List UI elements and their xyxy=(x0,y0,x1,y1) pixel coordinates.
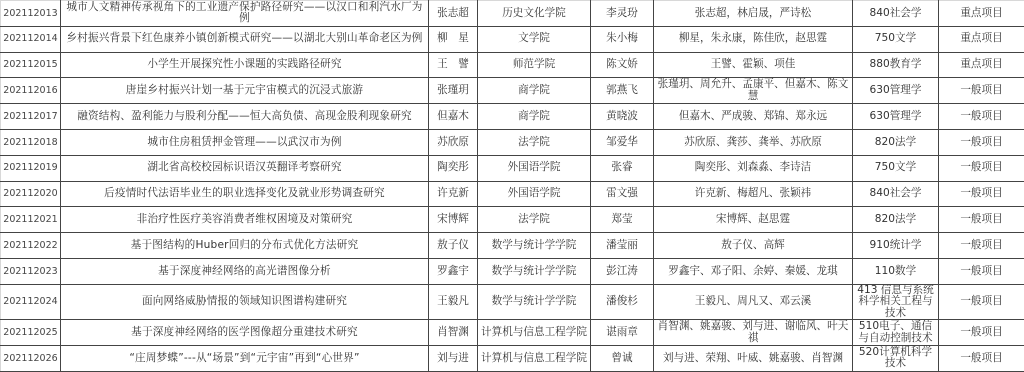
project-type-cell: 一般项目 xyxy=(939,181,1024,207)
project-id-cell: 202112015 xyxy=(1,52,61,78)
table-row: 202112023基于深度神经网络的高光谱图像分析罗鑫宇数学与统计学学院彭江涛罗… xyxy=(1,258,1024,284)
table-row: 202112020后疫情时代法语毕业生的职业选择变化及就业形势调查研究许克新外国… xyxy=(1,181,1024,207)
table-row: 202112024面向网络威胁情报的领域知识图谱构建研究王毅凡数学与统计学学院潘… xyxy=(1,284,1024,320)
members-cell: 刘与进、荣翔、叶威、姚嘉骏、肖智渊 xyxy=(654,346,853,362)
project-id-cell: 202112019 xyxy=(1,155,61,181)
project-type-cell: 一般项目 xyxy=(939,284,1024,320)
advisor-cell: 张睿 xyxy=(591,155,654,181)
college-cell: 历史文化学院 xyxy=(478,1,591,27)
project-title-cell: 城市人文精神传承视角下的工业遗产保护路径研究——以汉口和利汽水厂为例 xyxy=(61,1,429,27)
project-title-cell: 湖北省高校校园标识语汉英翻译考察研究 xyxy=(61,155,429,181)
college-cell: 商学院 xyxy=(478,78,591,104)
project-title-cell: 非治疗性医疗美容消费者维权困境及对策研究 xyxy=(61,207,429,233)
table-row: 202112017融资结构、盈利能力与股利分配——恒大高负债、高现金股利现象研究… xyxy=(1,104,1024,130)
project-id-cell: 202112025 xyxy=(1,320,61,346)
members-cell: 王譬、霍颖、项佳 xyxy=(654,52,853,78)
project-leader-cell: 敖子仪 xyxy=(429,233,478,259)
members-cell: 敖子仪、高辉 xyxy=(654,233,853,259)
members-cell: 陶奕彤、刘森淼、李诗洁 xyxy=(654,155,853,181)
discipline-cell: 110数学 xyxy=(853,258,939,284)
project-title-cell: “庄周梦蝶”---从“场景”到“元宇宙”再到“心世界” xyxy=(61,346,429,362)
advisor-cell: 潘莹丽 xyxy=(591,233,654,259)
advisor-cell: 谌雨章 xyxy=(591,320,654,346)
table-row: 202112015小学生开展探究性小课题的实践路径研究王 譬师范学院陈文娇王譬、… xyxy=(1,52,1024,78)
project-id-cell: 202112014 xyxy=(1,26,61,52)
discipline-cell: 413 信息与系统科学相关工程与技术 xyxy=(853,284,939,320)
advisor-cell: 朱小梅 xyxy=(591,26,654,52)
project-leader-cell: 肖智渊 xyxy=(429,320,478,346)
advisor-cell: 彭江涛 xyxy=(591,258,654,284)
members-cell: 柳星，朱永康，陈佳欣，赵思霆 xyxy=(654,26,853,52)
project-id-cell: 202112017 xyxy=(1,104,61,130)
project-leader-cell: 但嘉木 xyxy=(429,104,478,130)
project-leader-cell: 张志超 xyxy=(429,1,478,27)
advisor-cell: 李灵玢 xyxy=(591,1,654,27)
project-leader-cell: 罗鑫宇 xyxy=(429,258,478,284)
project-type-cell: 一般项目 xyxy=(939,78,1024,104)
discipline-cell: 820法学 xyxy=(853,129,939,155)
project-type-cell: 重点项目 xyxy=(939,1,1024,27)
table-row: 202112014乡村振兴背景下红色康养小镇创新模式研究——以湖北大别山革命老区… xyxy=(1,26,1024,52)
college-cell: 数学与统计学学院 xyxy=(478,258,591,284)
discipline-cell: 510电子、通信与自动控制技术 xyxy=(853,320,939,346)
discipline-cell: 880教育学 xyxy=(853,52,939,78)
discipline-cell: 630管理学 xyxy=(853,78,939,104)
college-cell: 计算机与信息工程学院 xyxy=(478,320,591,346)
college-cell: 数学与统计学学院 xyxy=(478,284,591,320)
members-cell: 肖智渊、姚嘉骏、刘与进、谢临风、叶天祺 xyxy=(654,320,853,346)
members-cell: 罗鑫宇、邓子阳、余婷、秦媛、龙琪 xyxy=(654,258,853,284)
table-row: 202112016唐崖乡村振兴计划一基于元宇宙模式的沉浸式旅游张瑾玥商学院郭燕飞… xyxy=(1,78,1024,104)
project-id-cell: 202112026 xyxy=(1,346,61,362)
project-title-cell: 乡村振兴背景下红色康养小镇创新模式研究——以湖北大别山革命老区为例 xyxy=(61,26,429,52)
advisor-cell: 黄晓波 xyxy=(591,104,654,130)
project-id-cell: 202112020 xyxy=(1,181,61,207)
members-cell: 许克新、梅超凡、张颖祎 xyxy=(654,181,853,207)
members-cell: 张瑾玥、周允升、孟康平、但嘉木、陈文慧 xyxy=(654,78,853,104)
project-type-cell: 一般项目 xyxy=(939,233,1024,259)
project-table: 202112013城市人文精神传承视角下的工业遗产保护路径研究——以汉口和利汽水… xyxy=(0,0,1024,362)
project-leader-cell: 陶奕彤 xyxy=(429,155,478,181)
project-id-cell: 202112018 xyxy=(1,129,61,155)
discipline-cell: 630管理学 xyxy=(853,104,939,130)
advisor-cell: 郑莹 xyxy=(591,207,654,233)
discipline-cell: 820法学 xyxy=(853,207,939,233)
table-row: 202112019湖北省高校校园标识语汉英翻译考察研究陶奕彤外国语学院张睿陶奕彤… xyxy=(1,155,1024,181)
discipline-cell: 840社会学 xyxy=(853,181,939,207)
project-leader-cell: 王 譬 xyxy=(429,52,478,78)
project-title-cell: 基于图结构的Huber回归的分布式优化方法研究 xyxy=(61,233,429,259)
project-id-cell: 202112022 xyxy=(1,233,61,259)
college-cell: 外国语学院 xyxy=(478,181,591,207)
discipline-cell: 520计算机科学技术 xyxy=(853,346,939,362)
project-id-cell: 202112016 xyxy=(1,78,61,104)
project-leader-cell: 张瑾玥 xyxy=(429,78,478,104)
members-cell: 苏欣原、龚莎、龚举、苏欣原 xyxy=(654,129,853,155)
discipline-cell: 840社会学 xyxy=(853,1,939,27)
table-row: 202112022基于图结构的Huber回归的分布式优化方法研究敖子仪数学与统计… xyxy=(1,233,1024,259)
project-type-cell: 重点项目 xyxy=(939,26,1024,52)
project-type-cell: 一般项目 xyxy=(939,129,1024,155)
table-row: 202112025基于深度神经网络的医学图像超分重建技术研究肖智渊计算机与信息工… xyxy=(1,320,1024,346)
advisor-cell: 潘俊杉 xyxy=(591,284,654,320)
college-cell: 法学院 xyxy=(478,207,591,233)
project-type-cell: 一般项目 xyxy=(939,207,1024,233)
project-type-cell: 一般项目 xyxy=(939,155,1024,181)
college-cell: 数学与统计学学院 xyxy=(478,233,591,259)
table-row: 202112018城市住房租赁押金管理——以武汉市为例苏欣原法学院邹爱华苏欣原、… xyxy=(1,129,1024,155)
project-id-cell: 202112024 xyxy=(1,284,61,320)
project-title-cell: 融资结构、盈利能力与股利分配——恒大高负债、高现金股利现象研究 xyxy=(61,104,429,130)
members-cell: 张志超，林启晟，严诗松 xyxy=(654,1,853,27)
project-table-body: 202112013城市人文精神传承视角下的工业遗产保护路径研究——以汉口和利汽水… xyxy=(1,1,1024,363)
project-title-cell: 城市住房租赁押金管理——以武汉市为例 xyxy=(61,129,429,155)
advisor-cell: 陈文娇 xyxy=(591,52,654,78)
college-cell: 计算机与信息工程学院 xyxy=(478,346,591,362)
project-title-cell: 小学生开展探究性小课题的实践路径研究 xyxy=(61,52,429,78)
table-row: 202112026“庄周梦蝶”---从“场景”到“元宇宙”再到“心世界”刘与进计… xyxy=(1,346,1024,362)
project-title-cell: 面向网络威胁情报的领域知识图谱构建研究 xyxy=(61,284,429,320)
college-cell: 文学院 xyxy=(478,26,591,52)
project-leader-cell: 宋博辉 xyxy=(429,207,478,233)
college-cell: 外国语学院 xyxy=(478,155,591,181)
project-id-cell: 202112013 xyxy=(1,1,61,27)
project-type-cell: 一般项目 xyxy=(939,346,1024,362)
advisor-cell: 邹爱华 xyxy=(591,129,654,155)
project-title-cell: 唐崖乡村振兴计划一基于元宇宙模式的沉浸式旅游 xyxy=(61,78,429,104)
project-leader-cell: 许克新 xyxy=(429,181,478,207)
table-row: 202112013城市人文精神传承视角下的工业遗产保护路径研究——以汉口和利汽水… xyxy=(1,1,1024,27)
discipline-cell: 750文学 xyxy=(853,155,939,181)
project-type-cell: 重点项目 xyxy=(939,52,1024,78)
project-leader-cell: 王毅凡 xyxy=(429,284,478,320)
project-type-cell: 一般项目 xyxy=(939,104,1024,130)
project-title-cell: 基于深度神经网络的高光谱图像分析 xyxy=(61,258,429,284)
project-title-cell: 基于深度神经网络的医学图像超分重建技术研究 xyxy=(61,320,429,346)
project-leader-cell: 苏欣原 xyxy=(429,129,478,155)
project-id-cell: 202112021 xyxy=(1,207,61,233)
advisor-cell: 雷文强 xyxy=(591,181,654,207)
members-cell: 宋博辉、赵思霆 xyxy=(654,207,853,233)
college-cell: 师范学院 xyxy=(478,52,591,78)
members-cell: 但嘉木、严成骏、郑锦、郑永远 xyxy=(654,104,853,130)
college-cell: 商学院 xyxy=(478,104,591,130)
college-cell: 法学院 xyxy=(478,129,591,155)
advisor-cell: 郭燕飞 xyxy=(591,78,654,104)
project-type-cell: 一般项目 xyxy=(939,258,1024,284)
discipline-cell: 750文学 xyxy=(853,26,939,52)
project-title-cell: 后疫情时代法语毕业生的职业选择变化及就业形势调查研究 xyxy=(61,181,429,207)
project-leader-cell: 刘与进 xyxy=(429,346,478,362)
project-leader-cell: 柳 星 xyxy=(429,26,478,52)
advisor-cell: 曾诚 xyxy=(591,346,654,362)
members-cell: 王毅凡、周凡又、邓云溪 xyxy=(654,284,853,320)
discipline-cell: 910统计学 xyxy=(853,233,939,259)
table-row: 202112021非治疗性医疗美容消费者维权困境及对策研究宋博辉法学院郑莹宋博辉… xyxy=(1,207,1024,233)
project-type-cell: 一般项目 xyxy=(939,320,1024,346)
project-id-cell: 202112023 xyxy=(1,258,61,284)
